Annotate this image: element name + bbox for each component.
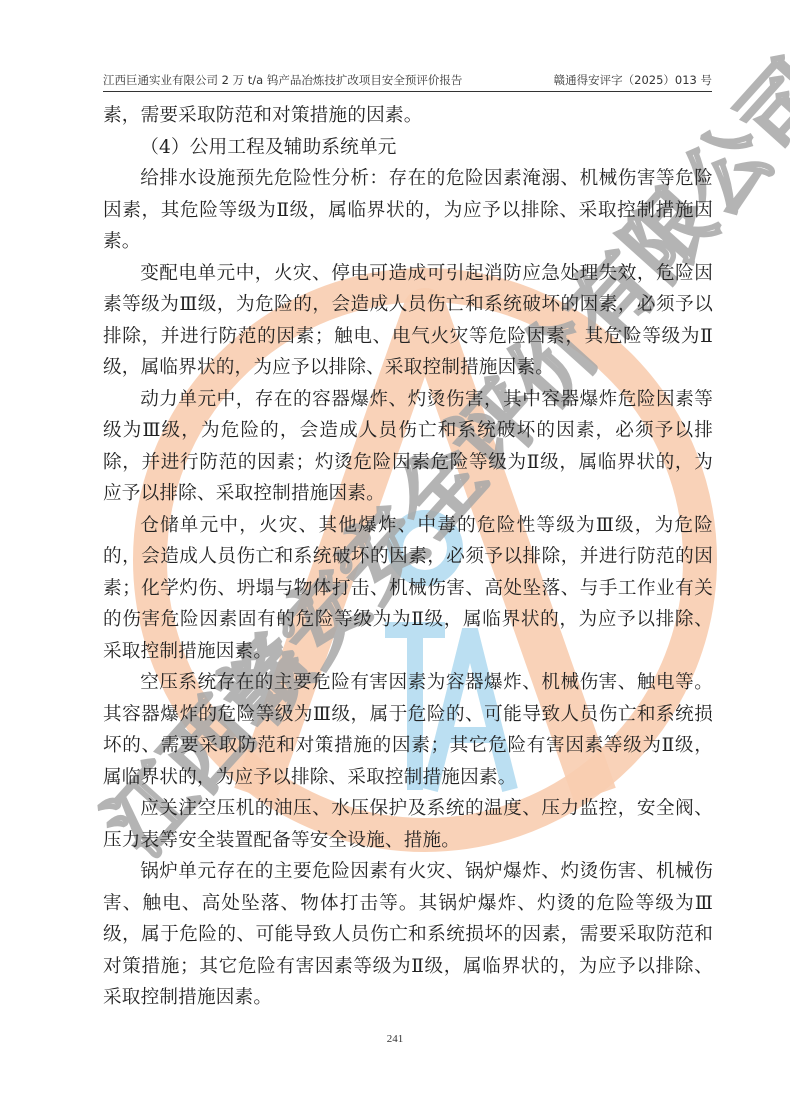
header-title: 江西巨通实业有限公司 2 万 t/a 钨产品冶炼技扩改项目安全预评价报告 xyxy=(103,72,462,88)
header-doc-number: 赣通得安评字（2025）013 号 xyxy=(554,72,712,88)
page-header: 江西巨通实业有限公司 2 万 t/a 钨产品冶炼技扩改项目安全预评价报告 赣通得… xyxy=(103,70,712,92)
paragraph: 给排水设施预先危险性分析：存在的危险因素淹溺、机械伤害等危险因素，其危险等级为Ⅱ… xyxy=(103,163,713,258)
paragraph: 应关注空压机的油压、水压保护及系统的温度、压力监控，安全阀、压力表等安全装置配备… xyxy=(103,793,713,856)
paragraph: 动力单元中，存在的容器爆炸、灼烫伤害，其中容器爆炸危险因素等级为Ⅲ级，为危险的，… xyxy=(103,384,713,510)
page-number: 241 xyxy=(0,1033,790,1045)
paragraph: 素，需要采取防范和对策措施的因素。 xyxy=(103,100,713,132)
paragraph: 仓储单元中，火灾、其他爆炸、中毒的危险性等级为Ⅲ级，为危险的，会造成人员伤亡和系… xyxy=(103,510,713,668)
paragraph: 锅炉单元存在的主要危险因素有火灾、锅炉爆炸、灼烫伤害、机械伤害、触电、高处坠落、… xyxy=(103,856,713,1014)
paragraph: 空压系统存在的主要危险有害因素为容器爆炸、机械伤害、触电等。其容器爆炸的危险等级… xyxy=(103,667,713,793)
document-page: 江西赣安安全评价有限公司 江西巨通实业有限公司 2 万 t/a 钨产品冶炼技扩改… xyxy=(0,0,790,1117)
document-body: 素，需要采取防范和对策措施的因素。 （4）公用工程及辅助系统单元 给排水设施预先… xyxy=(103,100,713,1014)
paragraph: 变配电单元中，火灾、停电可造成可引起消防应急处理失效，危险因素等级为Ⅲ级，为危险… xyxy=(103,258,713,384)
section-heading: （4）公用工程及辅助系统单元 xyxy=(103,132,713,164)
